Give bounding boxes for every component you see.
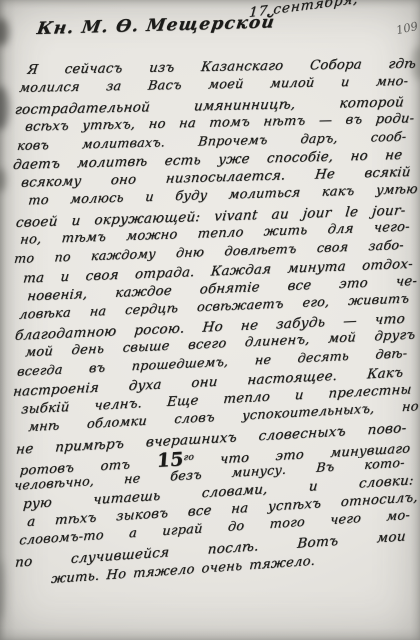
letter-body: Я сейчасъ изъ Казанскаго Собора гдѣмолил… — [11, 62, 407, 591]
scan-edge-smudge — [0, 168, 6, 192]
scan-edge-smudge — [0, 18, 9, 46]
page-number: 109 — [395, 19, 419, 37]
letter-page: Кн. М. Ѳ. Мещерской 17 сентября, 109 Я с… — [0, 0, 420, 640]
addressee-line: Кн. М. Ѳ. Мещерской — [36, 12, 277, 39]
date-line: 17 сентября, — [248, 0, 359, 21]
scan-edge-smudge — [0, 560, 5, 620]
scan-edge-smudge — [0, 86, 9, 130]
